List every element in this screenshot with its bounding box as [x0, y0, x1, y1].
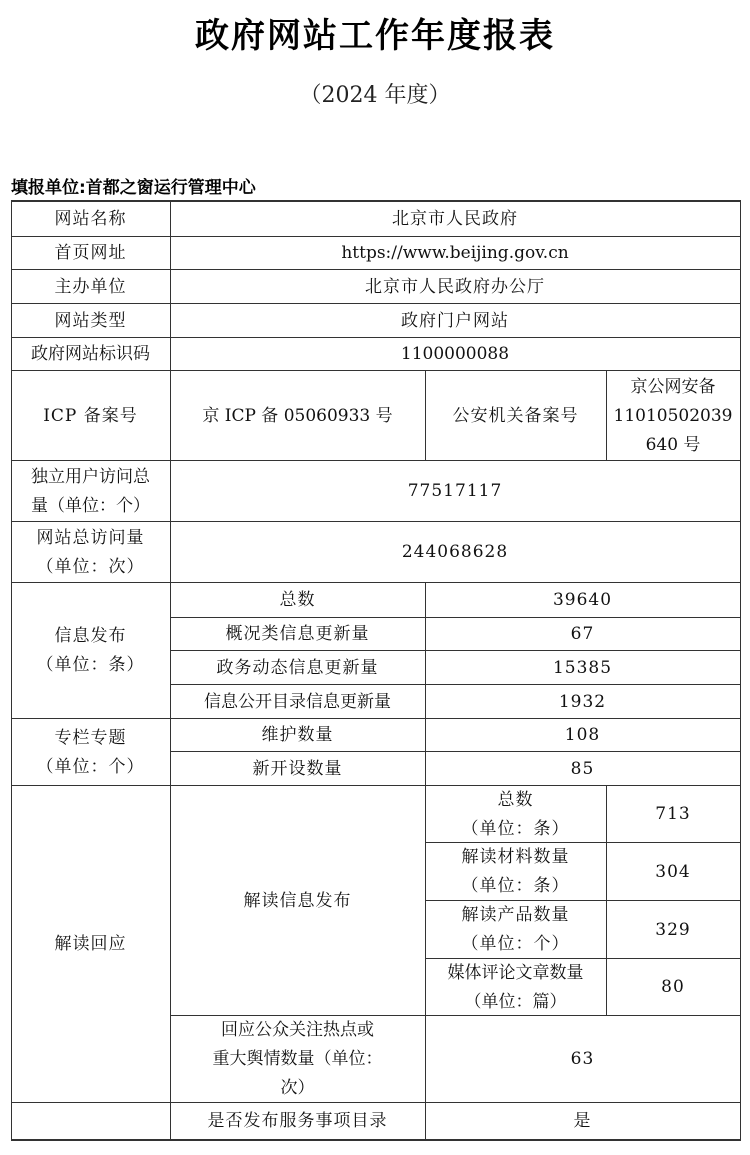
table-border: [425, 900, 741, 901]
site-id-value: 1100000088: [170, 338, 740, 371]
table-border: [170, 617, 741, 618]
info-publish-label: 信息发布 （单位：条）: [11, 583, 170, 719]
total-visits-value: 244068628: [170, 522, 740, 583]
table-border: [170, 751, 741, 752]
table-border: [170, 200, 171, 1141]
site-type-label: 网站类型: [11, 304, 170, 338]
table-border: [11, 460, 741, 461]
columns-row-value: 85: [425, 752, 740, 786]
total-visits-label: 网站总访问量 （单位：次）: [11, 522, 170, 583]
interpretation-row-value: 713: [606, 786, 740, 843]
table-border: [11, 337, 741, 338]
police-record-label: 公安机关备案号: [425, 371, 606, 461]
columns-row-label: 维护数量: [170, 719, 425, 752]
reporting-unit: 填报单位:首都之窗运行管理中心: [11, 173, 256, 198]
table-border: [11, 200, 12, 1141]
info-publish-row-value: 39640: [425, 583, 740, 618]
unique-visitors-value: 77517117: [170, 461, 740, 522]
table-border: [170, 650, 741, 651]
site-name-label: 网站名称: [11, 201, 170, 237]
table-border: [11, 1102, 741, 1103]
sponsor-label: 主办单位: [11, 270, 170, 304]
sponsor-value: 北京市人民政府办公厅: [170, 270, 740, 304]
columns-row-value: 108: [425, 719, 740, 752]
columns-label: 专栏专题 （单位：个）: [11, 719, 170, 786]
table-border: [11, 269, 741, 270]
interpretation-row-label: 解读产品数量 （单位：个）: [425, 901, 606, 959]
table-border: [11, 303, 741, 304]
info-publish-row-label: 政务动态信息更新量: [170, 651, 425, 685]
icp-label: ICP 备案号: [11, 371, 170, 461]
interpretation-sub-label: 解读信息发布: [170, 786, 425, 1016]
homepage-url-label: 首页网址: [11, 237, 170, 270]
service-catalog-value: 是: [425, 1103, 740, 1140]
table-border: [170, 684, 741, 685]
report-year: （2024 年度）: [0, 78, 750, 109]
table-border: [11, 785, 741, 786]
table-border: [606, 785, 607, 1016]
public-response-value: 63: [425, 1016, 740, 1103]
table-border: [425, 582, 426, 1141]
interpretation-label: 解读回应: [11, 786, 170, 1103]
info-publish-row-value: 15385: [425, 651, 740, 685]
info-publish-row-value: 1932: [425, 685, 740, 719]
info-publish-row-label: 信息公开目录信息更新量: [170, 685, 425, 719]
homepage-url-value: https://www.beijing.gov.cn: [170, 237, 740, 270]
interpretation-row-label: 媒体评论文章数量 （单位：篇）: [425, 959, 606, 1016]
interpretation-row-value: 80: [606, 959, 740, 1016]
table-border: [11, 582, 741, 583]
table-border: [11, 236, 741, 237]
site-type-value: 政府门户网站: [170, 304, 740, 338]
table-border: [425, 370, 426, 461]
interpretation-row-label: 总数 （单位：条）: [425, 786, 606, 843]
info-publish-row-value: 67: [425, 618, 740, 651]
info-publish-row-label: 概况类信息更新量: [170, 618, 425, 651]
table-border: [740, 200, 741, 1141]
table-border: [170, 1015, 741, 1016]
columns-row-label: 新开设数量: [170, 752, 425, 786]
table-border: [11, 718, 741, 719]
interpretation-row-value: 304: [606, 843, 740, 901]
site-name-value: 北京市人民政府: [170, 201, 740, 237]
report-title: 政府网站工作年度报表: [0, 8, 750, 57]
table-border: [11, 521, 741, 522]
icp-value: 京 ICP 备 05060933 号: [170, 371, 425, 461]
site-id-label: 政府网站标识码: [11, 338, 170, 371]
table-border: [425, 958, 741, 959]
table-border: [606, 370, 607, 461]
table-border: [11, 1139, 741, 1141]
table-border: [425, 842, 741, 843]
interpretation-row-value: 329: [606, 901, 740, 959]
table-border: [11, 370, 741, 371]
public-response-label: 回应公众关注热点或 重大舆情数量（单位： 次）: [170, 1016, 425, 1103]
police-record-value: 京公网安备 11010502039 640 号: [606, 371, 740, 461]
table-border: [11, 200, 741, 202]
unique-visitors-label: 独立用户访问总 量（单位：个）: [11, 461, 170, 522]
service-catalog-label: 是否发布服务事项目录: [170, 1103, 425, 1140]
info-publish-row-label: 总数: [170, 583, 425, 618]
interpretation-row-label: 解读材料数量 （单位：条）: [425, 843, 606, 901]
